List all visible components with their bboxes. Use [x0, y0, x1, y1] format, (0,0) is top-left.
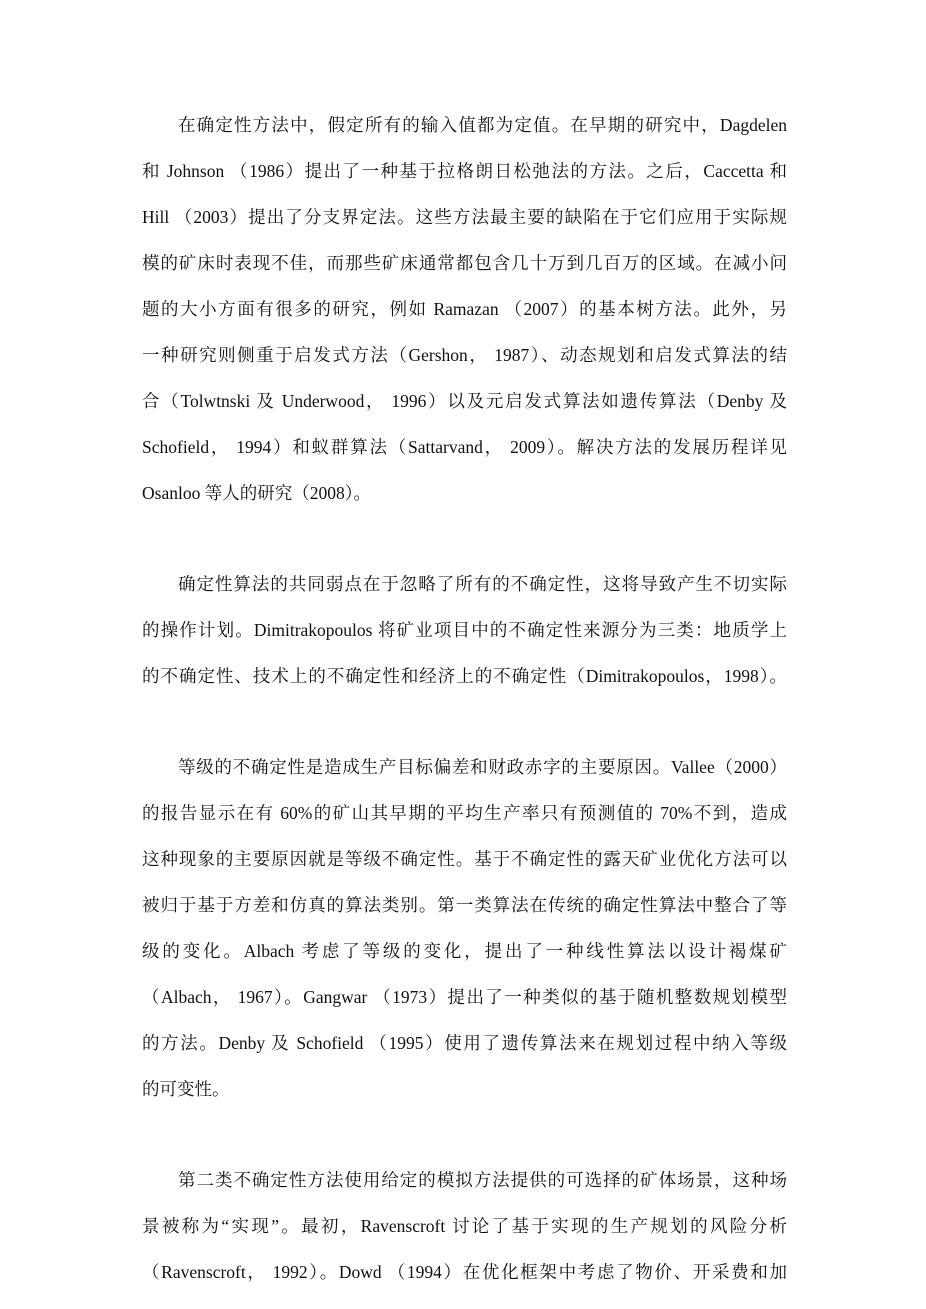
- text-line: 景被称为“实现”。最初，Ravenscroft 讨论了基于实现的生产规划的风险分…: [142, 1210, 787, 1256]
- text-line: 级的变化。Albach 考虑了等级的变化，提出了一种线性算法以设计褐煤矿: [142, 935, 787, 981]
- text-line: 题的大小方面有很多的研究，例如 Ramazan （2007）的基本树方法。此外，…: [142, 293, 787, 339]
- document-page: 在确定性方法中，假定所有的输入值都为定值。在早期的研究中，Dagdelen 和 …: [142, 109, 787, 1302]
- text-line: 第二类不确定性方法使用给定的模拟方法提供的可选择的矿体场景，这种场: [142, 1164, 787, 1210]
- text-line: 等级的不确定性是造成生产目标偏差和财政赤字的主要原因。Vallee（2000）: [142, 751, 787, 797]
- text-line: Schofield， 1994）和蚁群算法（Sattarvand， 2009）。…: [142, 431, 787, 477]
- text-line: 在确定性方法中，假定所有的输入值都为定值。在早期的研究中，Dagdelen: [142, 109, 787, 155]
- text-line: 和 Johnson （1986）提出了一种基于拉格朗日松弛法的方法。之后，Cac…: [142, 155, 787, 201]
- text-line: 的可变性。: [142, 1073, 787, 1119]
- text-line: 模的矿床时表现不佳，而那些矿床通常都包含几十万到几百万的区域。在减小问: [142, 247, 787, 293]
- text-line: 确定性算法的共同弱点在于忽略了所有的不确定性，这将导致产生不切实际: [142, 568, 787, 614]
- text-line: 的操作计划。Dimitrakopoulos 将矿业项目中的不确定性来源分为三类：…: [142, 614, 787, 660]
- paragraph-deterministic-methods: 在确定性方法中，假定所有的输入值都为定值。在早期的研究中，Dagdelen 和 …: [142, 109, 787, 523]
- text-line: （Albach， 1967）。Gangwar （1973）提出了一种类似的基于随…: [142, 981, 787, 1027]
- text-line: 的报告显示在有 60%的矿山其早期的平均生产率只有预测值的 70%不到，造成: [142, 797, 787, 843]
- paragraph-uncertainty-weakness: 确定性算法的共同弱点在于忽略了所有的不确定性，这将导致产生不切实际 的操作计划。…: [142, 568, 787, 706]
- text-line: Osanloo 等人的研究（2008）。: [142, 477, 787, 523]
- text-line: （Ravenscroft， 1992）。Dowd （1994）在优化框架中考虑了…: [142, 1256, 787, 1302]
- paragraph-simulation-methods: 第二类不确定性方法使用给定的模拟方法提供的可选择的矿体场景，这种场 景被称为“实…: [142, 1164, 787, 1302]
- text-line: 的方法。Denby 及 Schofield （1995）使用了遗传算法来在规划过…: [142, 1027, 787, 1073]
- text-line: Hill （2003）提出了分支界定法。这些方法最主要的缺陷在于它们应用于实际规: [142, 201, 787, 247]
- text-line: 合（Tolwtnski 及 Underwood， 1996）以及元启发式算法如遗…: [142, 385, 787, 431]
- paragraph-grade-uncertainty: 等级的不确定性是造成生产目标偏差和财政赤字的主要原因。Vallee（2000） …: [142, 751, 787, 1119]
- text-line: 被归于基于方差和仿真的算法类别。第一类算法在传统的确定性算法中整合了等: [142, 889, 787, 935]
- text-line: 这种现象的主要原因就是等级不确定性。基于不确定性的露天矿业优化方法可以: [142, 843, 787, 889]
- text-line: 一种研究则侧重于启发式方法（Gershon， 1987）、动态规划和启发式算法的…: [142, 339, 787, 385]
- text-line: 的不确定性、技术上的不确定性和经济上的不确定性（Dimitrakopoulos，…: [142, 660, 787, 706]
